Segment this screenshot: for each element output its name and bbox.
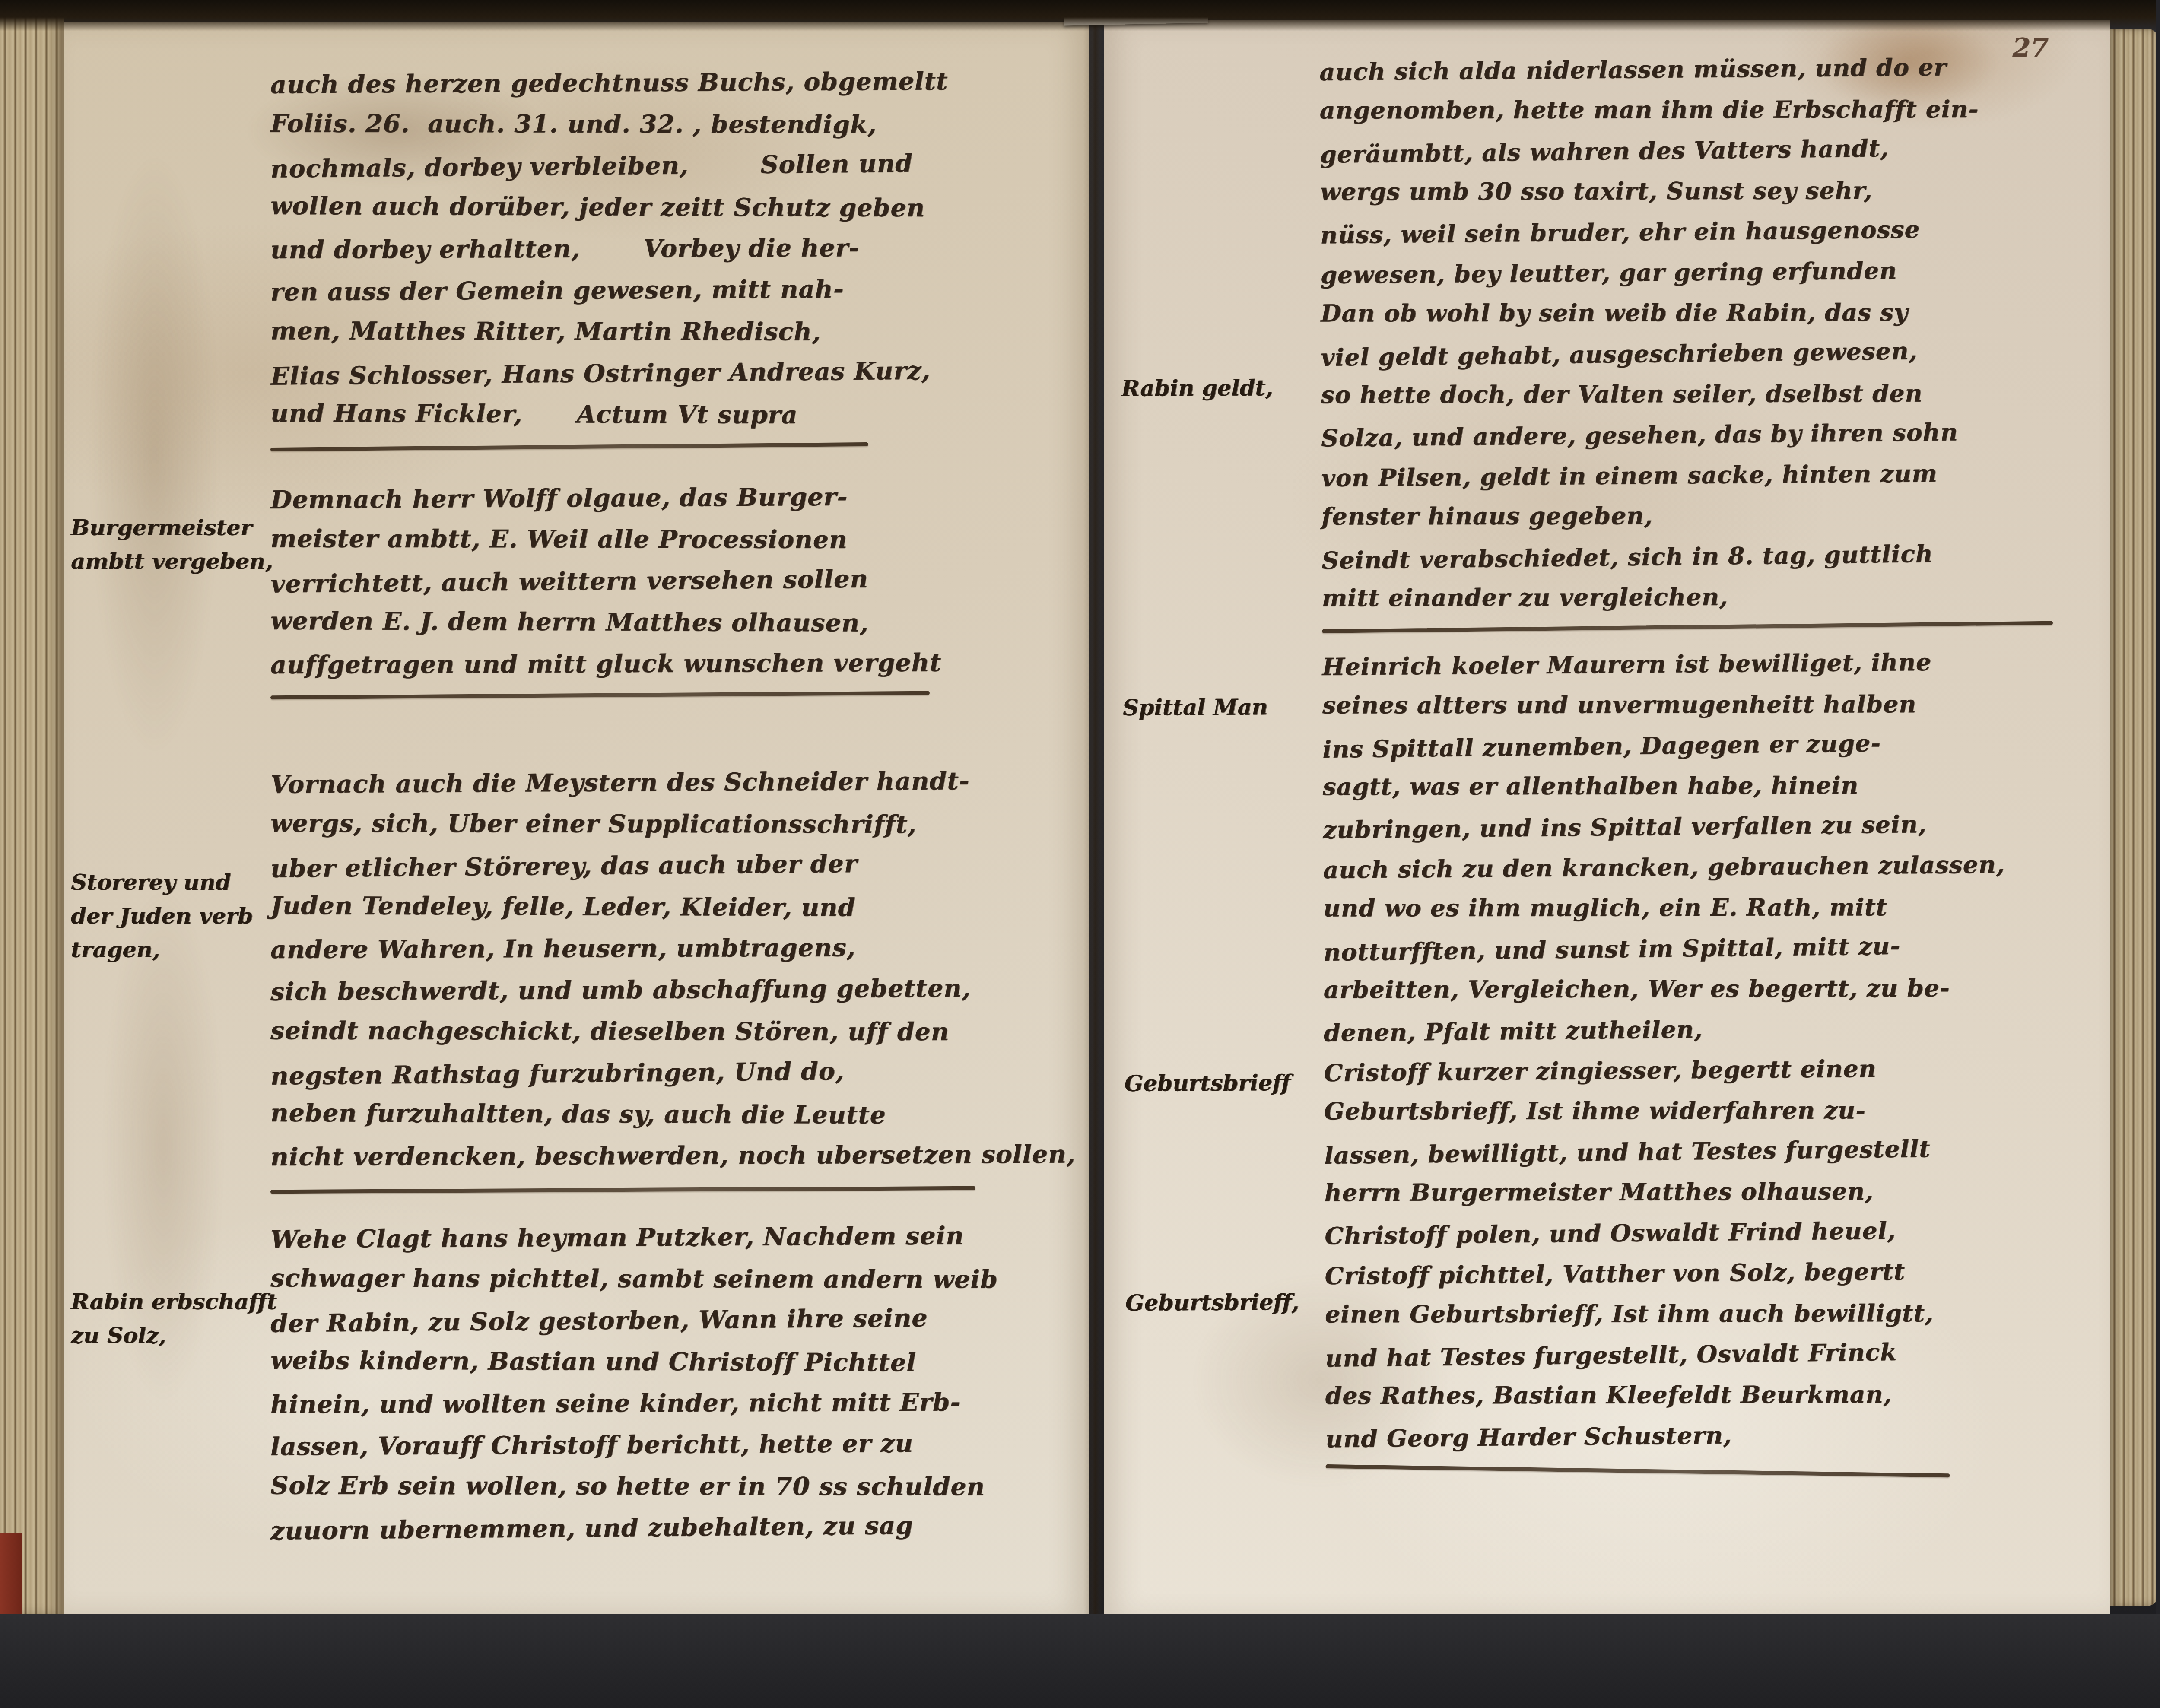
margin-rubric-line: Spittal Man (1123, 690, 1313, 725)
margin-rubric-line: Burgermeister (71, 511, 261, 545)
manuscript-line: auch sich alda niderlassen müssen, und d… (1319, 46, 2081, 92)
manuscript-line: andere Wahren, In heusern, umbtragens, (270, 927, 1037, 971)
manuscript-line: notturfften, und sunst im Spittal, mitt … (1323, 924, 2085, 973)
margin-rubric: Rabin erbschafftzu Solz, (71, 1285, 261, 1352)
manuscript-line: ren auss der Gemein gewesen, mitt nah- (270, 267, 1037, 313)
manuscript-line: hinein, und wollten seine kinder, nicht … (270, 1381, 1037, 1425)
manuscript-entry: Rabin erbschafftzu Solz,Wehe Clagt hans … (270, 1217, 1037, 1549)
manuscript-line: arbeitten, Vergleichen, Wer es begertt, … (1324, 968, 2085, 1010)
manuscript-line: herrn Burgermeister Matthes olhausen, (1325, 1171, 2086, 1213)
manuscript-line: negsten Rathstag furzubringen, Und do, (270, 1049, 1037, 1097)
margin-rubric-line: Geburtsbrieff, (1125, 1286, 1315, 1320)
manuscript-line: seindt nachgeschickt, dieselben Stören, … (270, 1010, 1037, 1053)
manuscript-line: gewesen, bey leutter, gar gering erfunde… (1320, 249, 2082, 295)
manuscript-line: auch des herzen gedechtnuss Buchs, obgem… (270, 60, 1037, 105)
manuscript-line: Cristoff pichttel, Vatther von Solz, beg… (1325, 1250, 2086, 1296)
manuscript-line: denen, Pfalt mitt zutheilen, (1324, 1006, 2085, 1054)
margin-rubric-line: der Juden verb (71, 899, 261, 933)
manuscript-line: werden E. J. dem herrn Matthes olhausen, (270, 600, 1037, 644)
manuscript-line: angenomben, hette man ihm die Erbschafft… (1320, 89, 2081, 131)
ink-divider-line (270, 442, 868, 451)
manuscript-line: Heinrich koeler Maurern ist bewilliget, … (1322, 641, 2084, 687)
left-page-edges (0, 17, 64, 1616)
margin-rubric-line: tragen, (71, 933, 261, 967)
right-page-text: Rabin geldt,auch sich alda niderlassen m… (1101, 18, 2113, 1620)
manuscript-line: Juden Tendeley, felle, Leder, Kleider, u… (270, 885, 1037, 929)
manuscript-line: Vornach auch die Meystern des Schneider … (270, 760, 1037, 805)
manuscript-line: viel geldt gehabt, ausgeschrieben gewese… (1321, 329, 2082, 378)
margin-rubric: Rabin geldt, (1121, 371, 1311, 406)
margin-rubric: Storerey undder Juden verbtragen, (71, 866, 261, 967)
manuscript-line: lassen, bewilligtt, und hat Testes furge… (1324, 1127, 2086, 1176)
manuscript-entry: Spittal ManHeinrich koeler Maurern ist b… (1322, 642, 2085, 1051)
manuscript-line: Seindt verabschiedet, sich in 8. tag, gu… (1321, 532, 2083, 581)
manuscript-line: Solza, und andere, gesehen, das by ihren… (1321, 411, 2083, 459)
manuscript-line: Demnach herr Wolff olgaue, das Burger- (270, 475, 1037, 521)
margin-rubric-line: Rabin geldt, (1121, 371, 1311, 406)
manuscript-line: wergs, sich, Uber einer Supplicationssch… (270, 803, 1037, 845)
manuscript-line: geräumbtt, als wahren des Vatters handt, (1320, 126, 2081, 175)
manuscript-line: des Rathes, Bastian Kleefeldt Beurkman, (1325, 1374, 2087, 1416)
margin-rubric-line: Geburtsbrieff (1124, 1066, 1314, 1101)
manuscript-line: lassen, Vorauff Christoff berichtt, hett… (270, 1422, 1037, 1467)
manuscript-line: und Hans Fickler, Actum Vt supra (270, 393, 1037, 437)
manuscript-entry: Rabin geldt,auch sich alda niderlassen m… (1319, 47, 2083, 619)
manuscript-line: und wo es ihm muglich, ein E. Rath, mitt (1323, 886, 2084, 928)
manuscript-line: neben furzuhaltten, das sy, auch die Leu… (270, 1092, 1037, 1137)
margin-rubric: Geburtsbrieff, (1125, 1286, 1315, 1320)
manuscript-entry: Geburtsbrieff,Cristoff pichttel, Vatther… (1325, 1251, 2087, 1457)
right-page-edges (2110, 29, 2158, 1606)
manuscript-line: mitt einander zu vergleichen, (1322, 576, 2083, 619)
manuscript-line: men, Matthes Ritter, Martin Rhedisch, (270, 310, 1037, 353)
manuscript-line: Elias Schlosser, Hans Ostringer Andreas … (270, 349, 1037, 397)
manuscript-line: nicht verdencken, beschwerden, noch uber… (270, 1134, 1037, 1178)
manuscript-line: Christoff polen, und Oswaldt Frind heuel… (1325, 1209, 2086, 1257)
manuscript-line: nochmals, dorbey verbleiben, Sollen und (270, 142, 1037, 190)
ink-divider-line (1322, 621, 2053, 633)
manuscript-entry: Burgermeisterambtt vergeben,Demnach herr… (270, 477, 1037, 685)
left-manuscript-page: auch des herzen gedechtnuss Buchs, obgem… (64, 22, 1089, 1617)
manuscript-line: Foliis. 26. auch. 31. und. 32. , bestend… (270, 103, 1037, 146)
margin-rubric-line: zu Solz, (71, 1319, 261, 1352)
manuscript-line: sich beschwerdt, und umb abschaffung geb… (270, 967, 1037, 1013)
margin-rubric: Geburtsbrieff (1124, 1066, 1314, 1101)
manuscript-line: seines altters und unvermugenheitt halbe… (1322, 683, 2084, 725)
manuscript-line: wergs umb 30 sso taxirt, Sunst sey sehr, (1320, 170, 2081, 213)
ink-divider-line (270, 691, 930, 700)
backdrop (2156, 0, 2160, 1708)
manuscript-line: ins Spittall zunemben, Dagegen er zuge- (1322, 721, 2084, 770)
manuscript-line: weibs kindern, Bastian und Christoff Pic… (270, 1340, 1037, 1384)
right-manuscript-page: 27 Rabin geldt,auch sich alda niderlasse… (1104, 20, 2110, 1618)
manuscript-entry: GeburtsbrieffCristoff kurzer zingiesser,… (1324, 1048, 2086, 1254)
manuscript-line: von Pilsen, geldt in einem sacke, hinten… (1321, 452, 2083, 498)
book-board-top-edge (0, 0, 2160, 31)
manuscript-line: wollen auch dorüber, jeder zeitt Schutz … (270, 185, 1037, 229)
manuscript-line: uber etlicher Störerey, das auch uber de… (270, 841, 1037, 889)
margin-rubric-line: ambtt vergeben, (71, 545, 261, 578)
margin-rubric: Spittal Man (1123, 690, 1313, 725)
margin-rubric-line: Storerey und (71, 866, 261, 899)
manuscript-line: Geburtsbrieff, Ist ihme widerfahren zu- (1324, 1089, 2085, 1131)
manuscript-line: Wehe Clagt hans heyman Putzker, Nachdem … (270, 1215, 1037, 1260)
manuscript-entry: auch des herzen gedechtnuss Buchs, obgem… (270, 62, 1037, 435)
manuscript-line: Solz Erb sein wollen, so hette er in 70 … (270, 1465, 1037, 1508)
manuscript-line: fenster hinaus gegeben, (1321, 495, 2083, 537)
manuscript-line: auffgetragen und mitt gluck wunschen ver… (270, 642, 1037, 686)
manuscript-line: der Rabin, zu Solz gestorben, Wann ihre … (270, 1296, 1037, 1344)
manuscript-line: meister ambtt, E. Weil alle Processionen (270, 518, 1037, 561)
backdrop (0, 1614, 2160, 1708)
manuscript-line: verrichtett, auch weittern versehen soll… (270, 557, 1037, 605)
manuscript-line: und dorbey erhaltten, Vorbey die her- (270, 227, 1037, 271)
manuscript-photo-scene: auch des herzen gedechtnuss Buchs, obgem… (0, 0, 2160, 1708)
manuscript-line: zuuorn ubernemmen, und zubehalten, zu sa… (270, 1504, 1037, 1552)
margin-rubric-line: Rabin erbschafft (71, 1285, 261, 1319)
margin-rubric: Burgermeisterambtt vergeben, (71, 511, 261, 578)
manuscript-line: auch sich zu den krancken, gebrauchen zu… (1323, 844, 2084, 890)
left-page-text: auch des herzen gedechtnuss Buchs, obgem… (64, 22, 1089, 1617)
manuscript-line: Cristoff kurzer zingiesser, begertt eine… (1324, 1047, 2085, 1093)
manuscript-line: Dan ob wohl by sein weib die Rabin, das … (1321, 292, 2082, 334)
manuscript-entry: Storerey undder Juden verbtragen,Vornach… (270, 762, 1037, 1177)
manuscript-line: zubringen, und ins Spittal verfallen zu … (1323, 803, 2084, 851)
manuscript-line: und Georg Harder Schustern, (1325, 1412, 2087, 1460)
manuscript-line: sagtt, was er allenthalben habe, hinein (1323, 765, 2084, 807)
manuscript-line: schwager hans pichttel, sambt seinem and… (270, 1257, 1037, 1300)
manuscript-line: so hette doch, der Valten seiler, dselbs… (1321, 373, 2082, 416)
ink-divider-line (1326, 1464, 1950, 1477)
ink-divider-line (270, 1186, 975, 1194)
manuscript-line: einen Geburtsbrieff, Ist ihm auch bewill… (1325, 1292, 2086, 1334)
manuscript-line: nüss, weil sein bruder, ehr ein hausgeno… (1320, 208, 2082, 256)
manuscript-line: und hat Testes furgestellt, Osvaldt Frin… (1325, 1330, 2087, 1379)
book-cover-sliver (0, 1533, 22, 1617)
